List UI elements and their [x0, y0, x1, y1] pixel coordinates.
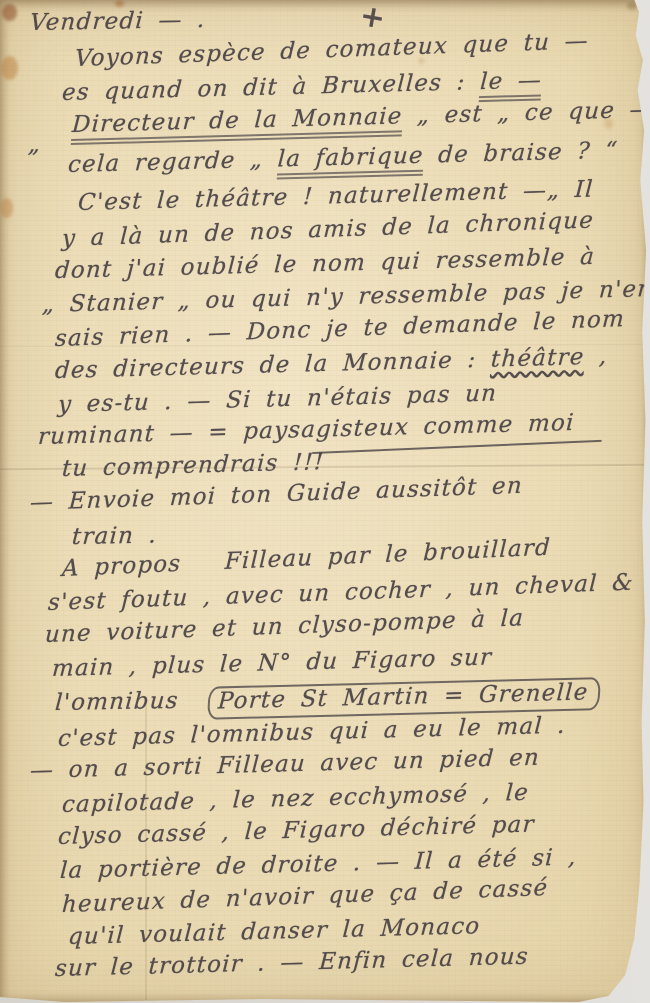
handwriting-segment: Vendredi — .	[29, 7, 206, 36]
cross-mark: +	[357, 0, 388, 37]
handwriting-segment: „ est „ ce que —	[402, 97, 650, 130]
handwriting-segment: Directeur de la Monnaie	[71, 103, 404, 145]
handwriting-line: qu'il voulait danser la Monaco	[67, 913, 481, 950]
handwriting-segment: Voyons espèce de comateux que tu —	[74, 28, 589, 72]
handwriting-line: dont j'ai oublié le nom qui ressemble à	[54, 244, 596, 285]
handwriting-segment: qu'il voulait danser la Monaco	[67, 913, 481, 950]
handwriting-line: tu comprendrais !!!	[61, 449, 325, 482]
handwriting-segment: le —	[479, 67, 543, 102]
handwriting-segment: cela regarde „	[67, 146, 278, 178]
handwriting-segment: tu comprendrais !!!	[61, 449, 325, 482]
handwriting-segment: l'omnibus	[54, 687, 208, 716]
foxing-spot	[0, 198, 13, 218]
handwriting-line: Vendredi — .	[29, 7, 206, 37]
handwriting-segment: „	[27, 132, 42, 158]
handwriting-segment: théâtre	[490, 344, 585, 373]
manuscript-paper: + Vendredi — .Voyons espèce de comateux …	[0, 0, 650, 1003]
handwriting-line: cela regarde „ la fabrique de braise ? “	[67, 138, 619, 179]
foxing-spot	[627, 2, 637, 10]
handwriting-segment: ,	[584, 344, 609, 371]
handwriting-segment: clyso cassé , le Figaro déchiré par	[57, 811, 535, 850]
handwriting-segment: sur le trottoir . — Enfin cela nous	[54, 944, 529, 982]
handwriting-line: train .	[71, 522, 158, 550]
handwriting-line: „	[27, 132, 42, 159]
handwriting-line: clyso cassé , le Figaro déchiré par	[57, 811, 535, 850]
handwriting-segment: capilotade , le nez ecchymosé , le	[61, 780, 530, 818]
handwriting-segment: la fabrique	[276, 143, 424, 180]
foxing-spot	[115, 0, 124, 7]
scanned-letter: + Vendredi — .Voyons espèce de comateux …	[0, 0, 650, 1003]
handwriting-line: main , plus le N° du Figaro sur	[51, 644, 493, 682]
handwriting-line: des directeurs de la Monnaie : théâtre ,	[54, 344, 608, 385]
foxing-spot	[2, 4, 17, 21]
handwriting-segment: main , plus le N° du Figaro sur	[51, 644, 493, 682]
handwriting-segment: des directeurs de la Monnaie :	[54, 347, 492, 384]
handwriting-line: Voyons espèce de comateux que tu —	[74, 28, 589, 72]
handwriting-segment: train .	[71, 522, 158, 550]
handwriting-line: sur le trottoir . — Enfin cela nous	[54, 944, 529, 983]
handwriting-segment: y es-tu . — Si tu n'étais pas un	[57, 380, 498, 418]
handwriting-segment: de braise ? “	[423, 138, 619, 169]
handwriting-segment: es quand on dit à Bruxelles :	[61, 69, 481, 106]
foxing-spot	[1, 56, 18, 80]
